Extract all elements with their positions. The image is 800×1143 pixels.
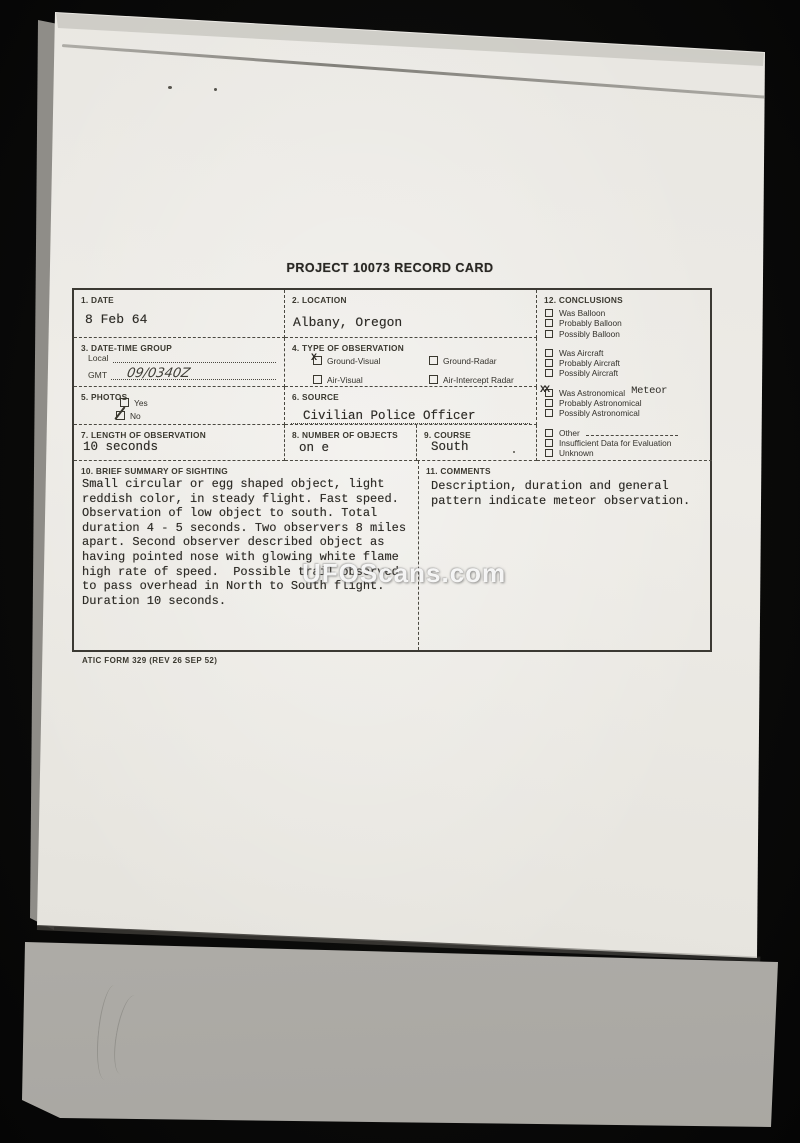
comments-text: Description, duration and general patter… [431, 479, 690, 508]
option-ground-radar: Ground-Radar [429, 356, 497, 366]
dtg-gmt-label: GMT [88, 370, 107, 380]
record-card-form: 1. DATE 8 Feb 64 2. LOCATION Albany, Ore… [72, 288, 712, 652]
conclusions-list: Was Balloon Probably Balloon Possibly Ba… [545, 308, 708, 459]
conclusion-label: Was Balloon [559, 308, 605, 318]
num-objects-label: 8. NUMBER OF OBJECTS [292, 430, 398, 440]
conclusion-item-other: Other [545, 428, 708, 438]
checkbox-possibly-astronomical [545, 409, 553, 417]
checkbox-ground-radar [429, 356, 438, 365]
page-title: PROJECT 10073 RECORD CARD [287, 261, 494, 275]
conclusion-label: Possibly Astronomical [559, 408, 640, 418]
conclusion-label: Other [559, 428, 580, 438]
checkbox-probably-balloon [545, 319, 553, 327]
conclusion-label: Probably Astronomical [559, 398, 642, 408]
conclusions-group-other: Other Insufficient Data for Evaluation U… [545, 428, 708, 459]
field-length-of-observation: 7. LENGTH OF OBSERVATION 10 seconds [74, 425, 285, 461]
course-value: South [431, 440, 469, 454]
conclusion-item: Possibly Balloon [545, 329, 708, 339]
field-date-time-group: 3. DATE-TIME GROUP Local GMT 09/0340Z [74, 338, 285, 387]
source-label: 6. SOURCE [292, 392, 339, 402]
conclusions-group-balloon: Was Balloon Probably Balloon Possibly Ba… [545, 308, 708, 339]
x-mark: X [311, 353, 315, 364]
conclusion-label: Possibly Balloon [559, 329, 620, 339]
field-location-value: Albany, Oregon [293, 315, 402, 330]
checkbox-insufficient-data [545, 439, 553, 447]
conclusion-item: Unknown [545, 448, 708, 458]
conclusion-label: Insufficient Data for Evaluation [559, 438, 671, 448]
field-type-of-observation: 4. TYPE OF OBSERVATION X Ground-Visual G… [285, 338, 537, 387]
type-obs-label: 4. TYPE OF OBSERVATION [292, 343, 404, 353]
checkbox-was-balloon [545, 309, 553, 317]
conclusion-item: Probably Aircraft [545, 358, 708, 368]
length-obs-label: 7. LENGTH OF OBSERVATION [81, 430, 206, 440]
field-date-value: 8 Feb 64 [85, 312, 147, 327]
conclusion-typed-note: Meteor [631, 386, 667, 396]
conclusion-label: Probably Balloon [559, 318, 622, 328]
conclusion-label: Possibly Aircraft [559, 368, 618, 378]
checkbox-air-visual [313, 375, 322, 384]
checkbox-probably-aircraft [545, 359, 553, 367]
field-number-of-objects: 8. NUMBER OF OBJECTS on e [285, 425, 417, 461]
checkbox-possibly-aircraft [545, 369, 553, 377]
conclusions-group-astronomical: XX Was Astronomical Meteor Probably Astr… [545, 388, 708, 419]
field-location: 2. LOCATION Albany, Oregon [285, 290, 537, 338]
checkbox-unknown [545, 449, 553, 457]
field-comments: 11. COMMENTS Description, duration and g… [419, 461, 710, 650]
checkbox-photos-no [116, 411, 125, 420]
conclusion-label: Unknown [559, 448, 594, 458]
conclusion-item: Was Aircraft [545, 348, 708, 358]
dtg-local-label: Local [88, 353, 109, 363]
source-value: Civilian Police Officer [291, 409, 530, 424]
xx-mark: XX [540, 386, 548, 396]
paper-speck [214, 88, 217, 91]
conclusion-item: Possibly Astronomical [545, 408, 708, 418]
checkbox-air-intercept-radar [429, 375, 438, 384]
dtg-gmt-line: 09/0340Z [111, 368, 276, 380]
conclusion-label: Probably Aircraft [559, 358, 620, 368]
dtg-local-line [113, 351, 276, 363]
field-date-label: 1. DATE [81, 295, 114, 305]
option-label: Yes [134, 398, 148, 408]
checkbox-probably-astronomical [545, 399, 553, 407]
checkbox-other [545, 429, 553, 437]
checkbox-ground-visual: X [313, 356, 322, 365]
dtg-local-row: Local [88, 351, 276, 363]
handwritten-check-mark [113, 407, 126, 420]
option-label: Ground-Radar [443, 356, 497, 366]
field-course: 9. COURSE South [417, 425, 537, 461]
option-photos-no: No [116, 411, 141, 421]
paper-speck [168, 86, 172, 89]
conclusion-item: Probably Balloon [545, 318, 708, 328]
course-label: 9. COURSE [424, 430, 471, 440]
checkbox-was-aircraft [545, 349, 553, 357]
watermark-text: UFOScans.com [302, 558, 506, 589]
dtg-gmt-row: GMT 09/0340Z [88, 368, 276, 380]
field-photos: 5. PHOTOS Yes No [74, 387, 285, 425]
field-brief-summary: 10. BRIEF SUMMARY OF SIGHTING Small circ… [74, 461, 419, 650]
conclusion-label: Was Astronomical [559, 388, 625, 398]
conclusion-item: Insufficient Data for Evaluation [545, 438, 708, 448]
option-label: Ground-Visual [327, 356, 380, 366]
form-number: ATIC FORM 329 (REV 26 SEP 52) [82, 656, 217, 665]
conclusions-label: 12. CONCLUSIONS [544, 295, 623, 305]
field-location-label: 2. LOCATION [292, 295, 347, 305]
field-source: 6. SOURCE Civilian Police Officer [285, 387, 537, 425]
option-air-visual: Air-Visual [313, 375, 363, 385]
conclusion-label: Was Aircraft [559, 348, 603, 358]
conclusion-item: Possibly Aircraft [545, 368, 708, 378]
field-conclusions: 12. CONCLUSIONS Was Balloon Probably Bal… [537, 290, 712, 461]
option-air-intercept-radar: Air-Intercept Radar [429, 375, 514, 385]
conclusion-item: Was Balloon [545, 308, 708, 318]
conclusions-group-aircraft: Was Aircraft Probably Aircraft Possibly … [545, 348, 708, 379]
other-write-in-line [586, 428, 678, 436]
option-label: No [130, 411, 141, 421]
option-label: Air-Intercept Radar [443, 375, 514, 385]
conclusion-item: Probably Astronomical [545, 398, 708, 408]
summary-label: 10. BRIEF SUMMARY OF SIGHTING [81, 466, 228, 476]
num-objects-value: on e [299, 441, 329, 455]
checkbox-was-astronomical: XX [545, 389, 553, 397]
dtg-gmt-value: 09/0340Z [126, 366, 192, 381]
scanned-photo: PROJECT 10073 RECORD CARD 1. DATE 8 Feb … [0, 0, 800, 1143]
comments-label: 11. COMMENTS [426, 466, 491, 476]
conclusion-item-was-astronomical: XX Was Astronomical Meteor [545, 388, 708, 398]
checkbox-possibly-balloon [545, 330, 553, 338]
length-obs-value: 10 seconds [83, 440, 158, 454]
option-label: Air-Visual [327, 375, 363, 385]
option-ground-visual: X Ground-Visual [313, 356, 380, 366]
field-date: 1. DATE 8 Feb 64 [74, 290, 285, 338]
